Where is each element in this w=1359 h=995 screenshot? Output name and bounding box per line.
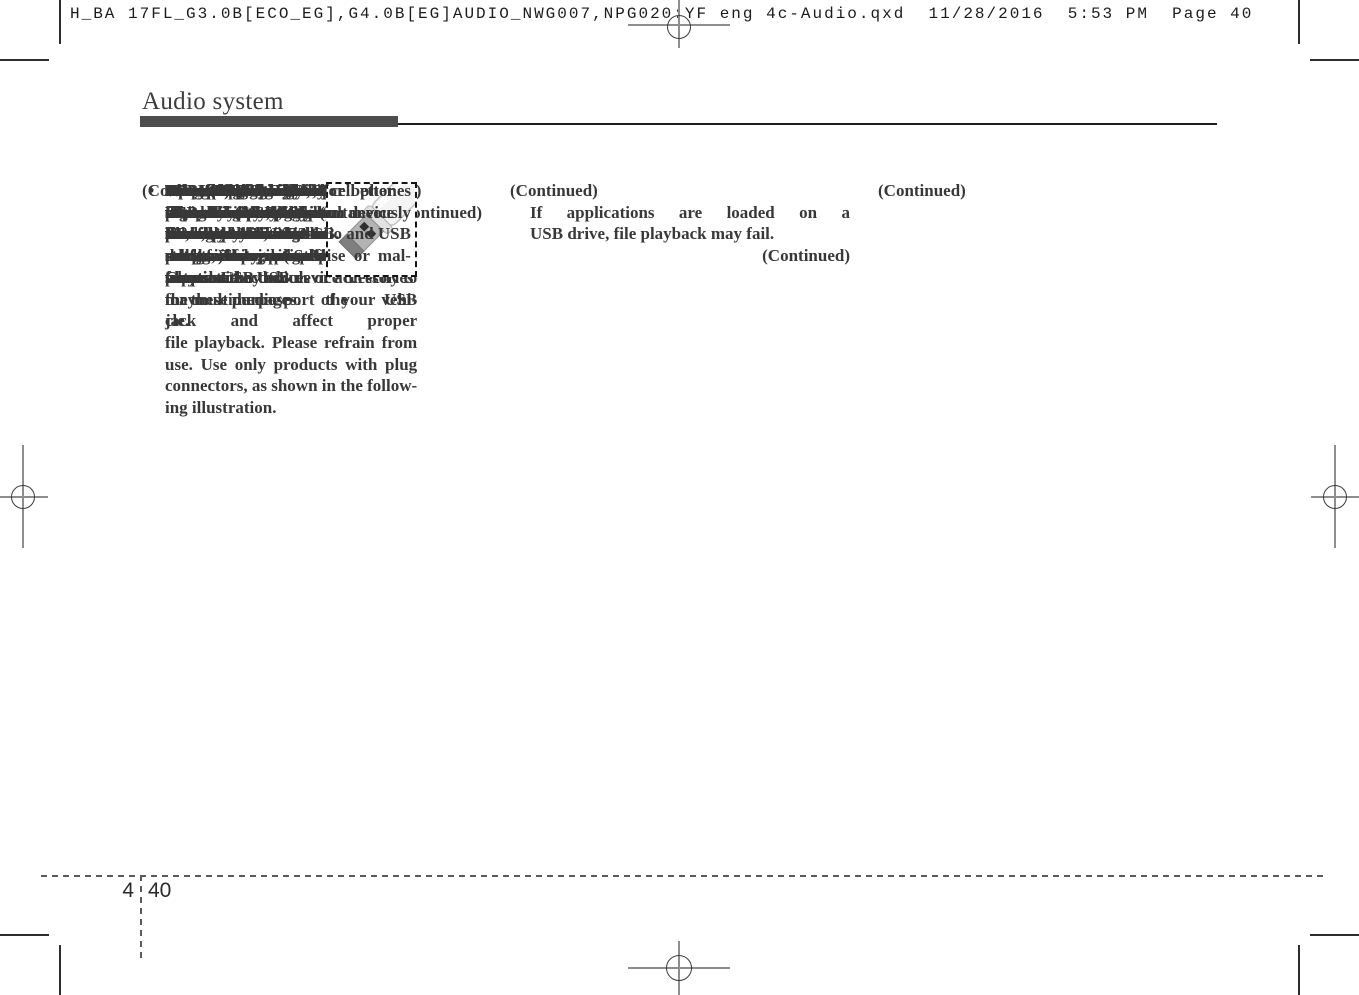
text-line: USB drive, file playback may fail. xyxy=(530,223,850,245)
crop-mark-top-left-horizontal xyxy=(0,59,49,61)
text-line: file playback. Please refrain from xyxy=(165,332,417,354)
indent-item: If applications are loaded on aUSB drive… xyxy=(510,202,850,245)
heading-item: (Continued) xyxy=(510,180,850,202)
page-title: Audio system xyxy=(142,88,284,116)
text-column: (Continued)•DRM (Digital Rights Manageme… xyxy=(878,180,1218,267)
print-slug-line: H_BA 17FL_G3.0B[ECO_EG],G4.0B[EG]AUDIO_N… xyxy=(70,5,1253,23)
crop-mark-bottom-left-vertical xyxy=(59,945,61,995)
text-line: ing illustration. xyxy=(165,397,417,419)
footer-dashed-rule xyxy=(41,875,1326,877)
text-line: modes, a popping noise or mal- xyxy=(165,245,411,267)
text-column: (Continued)•Use of aftermarket USB hubs … xyxy=(510,180,850,267)
heading-item: (Continued) xyxy=(878,180,1218,202)
page-number: 40 xyxy=(148,879,171,903)
text-line: connectors, as shown in the follow- xyxy=(165,375,417,397)
text-line: use. Use only products with plug xyxy=(165,354,417,376)
title-underline-bar xyxy=(140,116,398,127)
bullet-glyph: • xyxy=(148,180,154,202)
text-line: (Continued) xyxy=(510,180,850,202)
text-line: If applications are loaded on a xyxy=(530,202,850,224)
chapter-number: 4 xyxy=(108,879,134,903)
registration-mark-bottom-circle xyxy=(666,955,692,981)
text-line: may damage the USB xyxy=(165,289,417,311)
text-line: (Continued) xyxy=(878,180,1218,202)
crop-mark-bottom-right-horizontal xyxy=(1310,934,1359,936)
crop-mark-top-left-vertical xyxy=(59,0,61,44)
text-line: size supported is 32 GB. xyxy=(165,223,394,245)
text-line: jack and affect proper xyxy=(165,310,417,332)
text-line: function may occur. xyxy=(165,267,411,289)
registration-mark-right-circle xyxy=(1323,485,1347,509)
footer-dashed-divider xyxy=(140,875,142,959)
crop-mark-bottom-right-vertical xyxy=(1298,945,1300,995)
crop-mark-bottom-left-horizontal xyxy=(0,934,49,936)
manual-page: H_BA 17FL_G3.0B[ECO_EG],G4.0B[EG]AUDIO_N… xyxy=(0,0,1359,995)
crop-mark-top-right-horizontal xyxy=(1310,59,1359,61)
registration-mark-top-circle xyxy=(667,15,691,39)
text-line: compatibility. Maximum device xyxy=(165,202,394,224)
crop-mark-top-right-vertical xyxy=(1298,0,1300,44)
text-line: Use USB 2.0 devices for better xyxy=(165,180,394,202)
title-rule xyxy=(398,123,1217,125)
registration-mark-left-circle xyxy=(11,485,35,509)
bullet-item: •Use USB 2.0 devices for bettercompatibi… xyxy=(145,180,394,245)
cont-right-item: (Continued) xyxy=(510,245,850,267)
body-columns: (Continued)•Do not touch the USB connect… xyxy=(142,180,1218,267)
text-line: (Continued) xyxy=(510,245,850,267)
